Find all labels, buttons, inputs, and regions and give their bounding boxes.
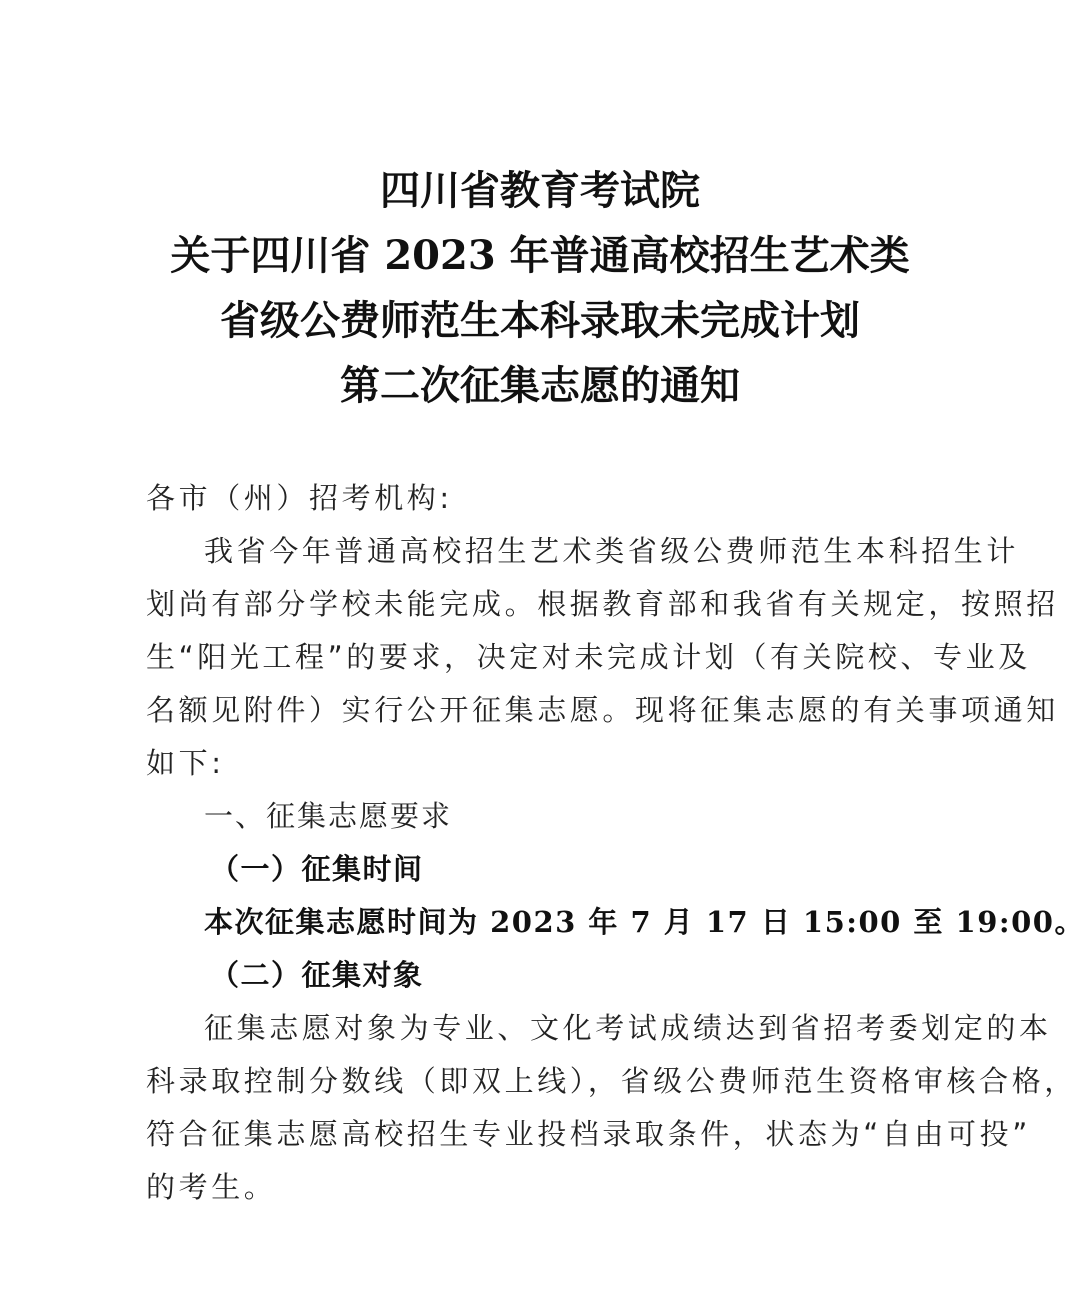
intro-paragraph: 我省今年普通高校招生艺术类省级公费师范生本科招生计 划尚有部分学校未能完成。根据…	[146, 525, 946, 790]
title-issuer: 四川省教育考试院	[0, 158, 1080, 223]
paragraph-line: 科录取控制分数线（即双上线），省级公费师范生资格审核合格，	[146, 1055, 946, 1108]
paragraph-line: 如下:	[146, 737, 946, 790]
paragraph-line: 划尚有部分学校未能完成。根据教育部和我省有关规定，按照招	[146, 578, 946, 631]
target-paragraph: 征集志愿对象为专业、文化考试成绩达到省招考委划定的本 科录取控制分数线（即双上线…	[146, 1002, 946, 1214]
subsection-heading-time: （一）征集时间	[146, 843, 946, 896]
subsection-heading-target: （二）征集对象	[146, 949, 946, 1002]
paragraph-line: 征集志愿对象为专业、文化考试成绩达到省招考委划定的本	[146, 1002, 946, 1055]
paragraph-line: 生“阳光工程”的要求，决定对未完成计划（有关院校、专业及	[146, 631, 946, 684]
title-line-2: 关于四川省 2023 年普通高校招生艺术类	[0, 223, 1080, 288]
title-line-3: 省级公费师范生本科录取未完成计划	[0, 288, 1080, 353]
notice-document: 四川省教育考试院 关于四川省 2023 年普通高校招生艺术类 省级公费师范生本科…	[0, 0, 1080, 1303]
paragraph-line: 符合征集志愿高校招生专业投档录取条件，状态为“自由可投”	[146, 1108, 946, 1161]
paragraph-line: 的考生。	[146, 1161, 946, 1214]
salutation: 各市（州）招考机构:	[146, 472, 946, 525]
section-heading-1: 一、征集志愿要求	[146, 790, 946, 843]
document-title: 四川省教育考试院 关于四川省 2023 年普通高校招生艺术类 省级公费师范生本科…	[0, 158, 1080, 418]
title-line-4: 第二次征集志愿的通知	[0, 353, 1080, 418]
document-body: 各市（州）招考机构: 我省今年普通高校招生艺术类省级公费师范生本科招生计 划尚有…	[146, 472, 946, 1214]
paragraph-line: 名额见附件）实行公开征集志愿。现将征集志愿的有关事项通知	[146, 684, 946, 737]
paragraph-line: 我省今年普通高校招生艺术类省级公费师范生本科招生计	[146, 525, 946, 578]
collection-time-text: 本次征集志愿时间为 2023 年 7 月 17 日 15:00 至 19:00。	[146, 896, 946, 949]
